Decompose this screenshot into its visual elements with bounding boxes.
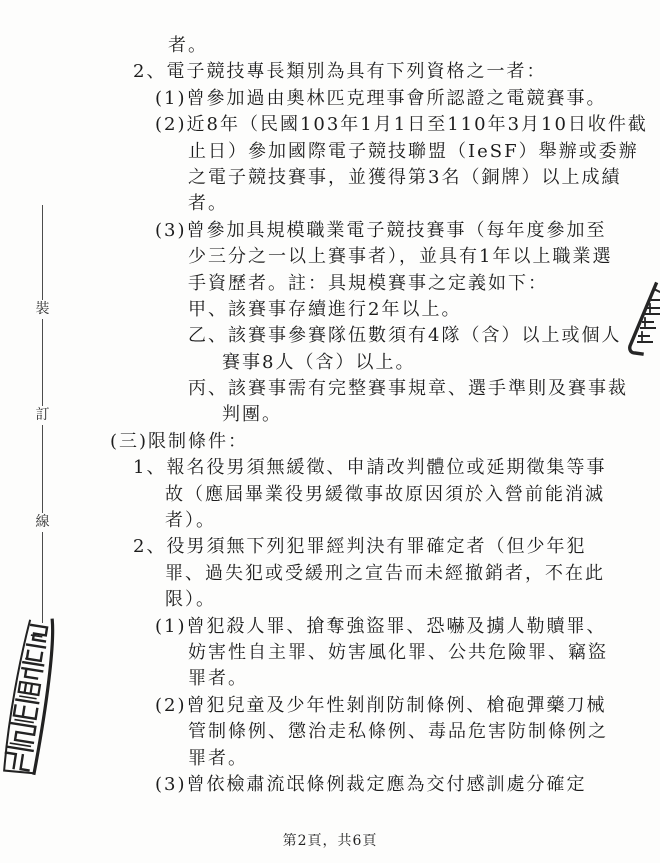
text-line: 甲、該賽事存續進行2年以上。 <box>0 297 660 323</box>
text-line: 者。 <box>0 33 660 59</box>
text-line: 1、報名役男須無緩徵、申請改判體位或延期徵集等事 <box>0 455 660 481</box>
text-line: (3)曾參加具規模職業電子競技賽事（每年度參加至 <box>0 218 660 244</box>
text-line: 止日）參加國際電子競技聯盟（IeSF）舉辦或委辦 <box>0 139 660 165</box>
text-line: 乙、該賽事參賽隊伍數須有4隊（含）以上或個人 <box>0 323 660 349</box>
text-line: (1)曾犯殺人罪、搶奪強盜罪、恐嚇及擄人勒贖罪、 <box>0 614 660 640</box>
text-line: 罪者。 <box>0 666 660 692</box>
text-line: 2、電子競技專長類別為具有下列資格之一者： <box>0 59 660 85</box>
text-line: 妨害性自主罪、妨害風化罪、公共危險罪、竊盜 <box>0 640 660 666</box>
text-line: 2、役男須無下列犯罪經判決有罪確定者（但少年犯 <box>0 534 660 560</box>
text-line: 丙、該賽事需有完整賽事規章、選手準則及賽事裁 <box>0 376 660 402</box>
text-line: 限）。 <box>0 587 660 613</box>
text-line: (3)曾依檢肅流氓條例裁定應為交付感訓處分確定 <box>0 772 660 798</box>
page-number-footer: 第2頁，共6頁 <box>0 830 660 850</box>
text-line: 少三分之一以上賽事者），並具有1年以上職業選 <box>0 244 660 270</box>
text-line: (三)限制條件： <box>0 429 660 455</box>
text-line: 者。 <box>0 191 660 217</box>
text-line: 罪者。 <box>0 746 660 772</box>
text-line: 判團。 <box>0 402 660 428</box>
document-body: 者。 2、電子競技專長類別為具有下列資格之一者： (1)曾參加過由奧林匹克理事會… <box>0 33 660 798</box>
scanned-document-page: 裝 訂 線 者。 2、電子競技專長類別為具有下列資格之一者： (1)曾參加過由奧… <box>0 0 660 863</box>
text-line: 賽事8人（含）以上。 <box>0 350 660 376</box>
text-line: 罪、過失犯或受緩刑之宣告而未經撤銷者，不在此 <box>0 561 660 587</box>
text-line: 者）。 <box>0 508 660 534</box>
text-line: 管制條例、懲治走私條例、毒品危害防制條例之 <box>0 719 660 745</box>
text-line: 之電子競技賽事，並獲得第3名（銅牌）以上成績 <box>0 165 660 191</box>
text-line: (2)近8年（民國103年1月1日至110年3月10日收件截 <box>0 112 660 138</box>
text-line: (1)曾參加過由奧林匹克理事會所認證之電競賽事。 <box>0 86 660 112</box>
text-line: 故（應屆畢業役男緩徵事故原因須於入營前能消滅 <box>0 482 660 508</box>
text-line: 手資歷者。註：具規模賽事之定義如下： <box>0 271 660 297</box>
text-line: (2)曾犯兒童及少年性剝削防制條例、槍砲彈藥刀械 <box>0 693 660 719</box>
